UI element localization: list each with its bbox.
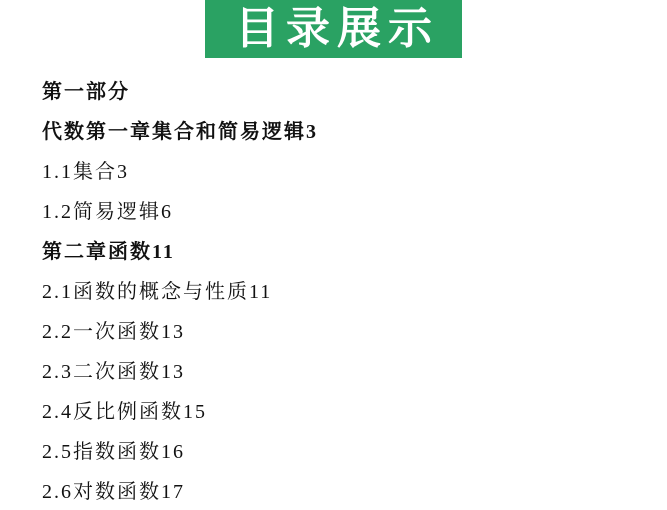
toc-item-chapter-1: 代数第一章集合和简易逻辑3	[42, 112, 647, 152]
toc-item-section-2-1: 2.1函数的概念与性质11	[42, 272, 647, 312]
toc-list: 第一部分 代数第一章集合和简易逻辑3 1.1集合3 1.2简易逻辑6 第二章函数…	[42, 72, 647, 510]
toc-item-section-1-1: 1.1集合3	[42, 152, 647, 192]
toc-item-section-2-5: 2.5指数函数16	[42, 432, 647, 472]
toc-item-section-1-2: 1.2简易逻辑6	[42, 192, 647, 232]
toc-item-section-2-2: 2.2一次函数13	[42, 312, 647, 352]
toc-banner: 目录展示	[205, 0, 462, 58]
toc-item-chapter-2: 第二章函数11	[42, 232, 647, 272]
toc-item-section-2-6: 2.6对数函数17	[42, 472, 647, 510]
banner-title: 目录展示	[235, 0, 439, 58]
toc-item-section-2-3: 2.3二次函数13	[42, 352, 647, 392]
toc-item-section-2-4: 2.4反比例函数15	[42, 392, 647, 432]
toc-item-part-1: 第一部分	[42, 72, 647, 112]
